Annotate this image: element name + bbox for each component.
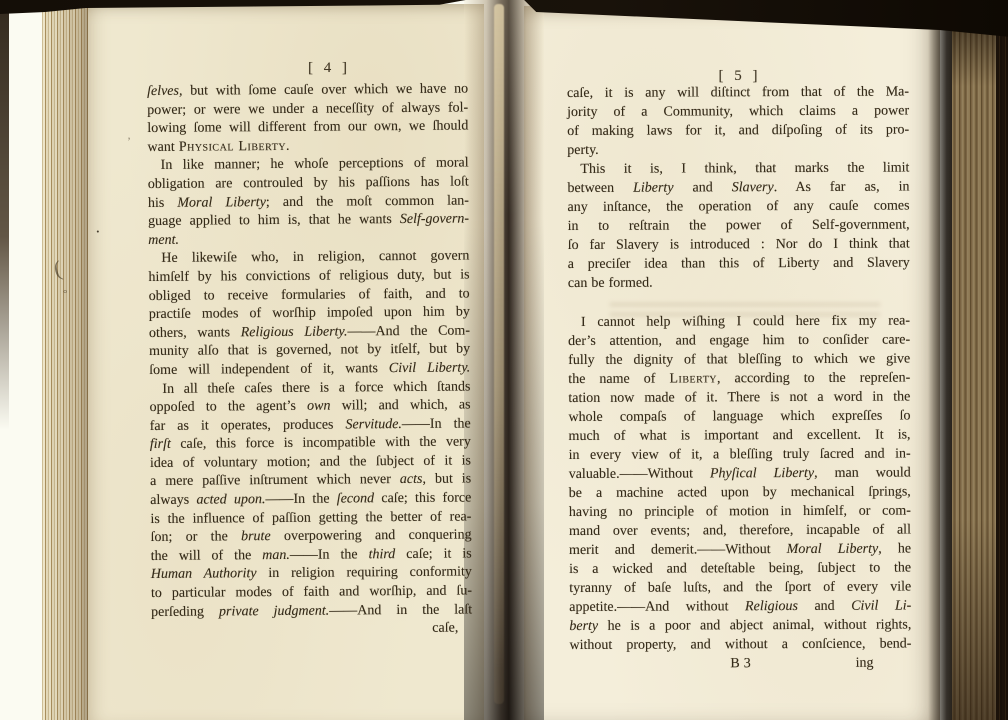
text-line: is the influence of paſſion getting the … [150, 508, 471, 529]
text-line: his Moral Liberty; and the moſt common l… [148, 192, 469, 213]
text-line: ſo far Slavery is introduced : Nor do I … [568, 235, 910, 255]
degree-mark: ° [63, 288, 67, 300]
text-line: is a wicked and deteſtable being, ſubjec… [569, 559, 911, 579]
text-line: tation now made of it. There is not a wo… [568, 388, 910, 408]
text-line: others, wants Religious Liberty.——And th… [149, 322, 470, 343]
text-line: merit and demerit.——Without Moral Libert… [569, 540, 911, 560]
text-line: power; or were we under a neceſſity of a… [147, 99, 468, 120]
right-fore-edge-pages [952, 0, 1000, 720]
text-line: want Physical Liberty. [147, 136, 468, 157]
text-line: valuable.——Without Phyſical Liberty, man… [569, 464, 911, 484]
text-line: mand over events; and, therefore, incapa… [569, 521, 911, 541]
text-line: fully the dignity of that bleſſing to wh… [568, 350, 910, 370]
right-cover-edge [996, 0, 1008, 720]
text-line: in every view of it, a bleſſing truly ſa… [569, 445, 911, 465]
text-line: oppoſed to the agent’s own will; and whi… [149, 397, 470, 418]
text-line: the will of the man.——In the third caſe;… [151, 545, 472, 566]
text-line: berty he is a poor and abject animal, wi… [569, 616, 911, 636]
catchword: ing [856, 654, 874, 673]
photo-shadow-left-edge [0, 0, 9, 430]
speck-mark: ’ [127, 134, 131, 149]
text-line: perty. [567, 140, 909, 160]
text-line: ſome will independent of it, wants Civil… [149, 359, 470, 380]
text-line: whole compaſs of language which expreſſe… [568, 407, 910, 427]
text-line: of making laws for it, and diſpoſing of … [567, 121, 909, 141]
text-line: obliged to receive formularies of faith,… [149, 285, 470, 306]
text-line: always acted upon.——In the ſecond caſe; … [150, 490, 471, 511]
text-line: jority of a Community, which claims a po… [567, 102, 909, 122]
text-line: far as it operates, produces Servitude.—… [150, 415, 471, 436]
text-line: a mere paſſive inſtrument which never ac… [150, 471, 471, 492]
text-line: obligation are controuled by his paſſion… [148, 173, 469, 194]
text-line: to particular modes of faith and worſhip… [151, 582, 472, 603]
text-line: can be formed. [568, 273, 910, 293]
text-line: In all theſe caſes there is a force whic… [149, 378, 470, 399]
text-line: without property, and without a conſcien… [569, 635, 911, 655]
text-line: practiſe modes of worſhip impoſed upon h… [149, 304, 470, 325]
text-line: der’s attention, and engage him to conſi… [568, 331, 910, 351]
left-page-number: [ 4 ] [147, 60, 488, 77]
text-line: perſeding private judgment.——And in the … [151, 601, 472, 622]
right-page-text: caſe, it is any will diſtinct from that … [567, 83, 912, 674]
text-line: In like manner; he whoſe perceptions of … [148, 155, 469, 176]
text-line: firſt caſe, this force is incompatible w… [150, 434, 471, 455]
text-line: caſe, [151, 620, 472, 641]
text-line: ment. [148, 229, 469, 250]
text-line: having no principle of motion in himſelf… [569, 502, 911, 522]
text-line: ſelves, but with ſome cauſe over which w… [147, 80, 468, 101]
text-line: himſelf by his convictions of religious … [148, 266, 469, 287]
text-line [568, 292, 910, 313]
text-line: Human Authority in religion requiring co… [151, 564, 472, 585]
text-line: appetite.——And without Religious and Civ… [569, 597, 911, 617]
text-line: B 3ing [569, 654, 911, 674]
open-book-photo: [ 4 ] [ 5 ] ſelves, but with ſome cauſe … [0, 0, 1008, 720]
left-page-deckle-edge [494, 4, 504, 704]
text-line: be a machine acted upon by mechanical ſp… [569, 483, 911, 503]
text-line: munity alſo that is governed, not by itſ… [149, 341, 470, 362]
ink-spot-mark: · [95, 222, 101, 242]
text-line: He likewiſe who, in religion, cannot gov… [148, 248, 469, 269]
text-line: idea of voluntary motion; and the ſubjec… [150, 452, 471, 473]
text-line: lowing ſome will different from our own,… [147, 118, 468, 139]
text-line: the name of Liberty, according to the re… [568, 369, 910, 389]
left-page-text: ſelves, but with ſome cauſe over which w… [147, 80, 472, 640]
text-line: between Liberty and Slavery. As far as, … [567, 178, 909, 198]
text-line: a preciſer idea than this of Liberty and… [568, 254, 910, 274]
text-line: I cannot help wiſhing I could here fix m… [568, 312, 910, 332]
text-line: any inſtance, the operation of any cauſe… [567, 197, 909, 217]
text-line: ſon; or the brute overpowering and conqu… [151, 527, 472, 548]
book-gutter-shadow [464, 0, 544, 720]
left-fanned-page-edges [42, 4, 88, 720]
text-line: much of what is important and excellent.… [568, 426, 910, 446]
text-line: This it is, I think, that marks the limi… [567, 159, 909, 179]
text-line: caſe, it is any will diſtinct from that … [567, 83, 909, 103]
text-line: guage applied to him is, that he wants S… [148, 211, 469, 232]
catchword: caſe, [432, 621, 458, 636]
signature-mark: B 3 [730, 656, 750, 671]
text-line: tyranny of baſe luſts, and the ſport of … [569, 578, 911, 598]
text-line: in to reſtrain the power of Self-governm… [568, 216, 910, 236]
